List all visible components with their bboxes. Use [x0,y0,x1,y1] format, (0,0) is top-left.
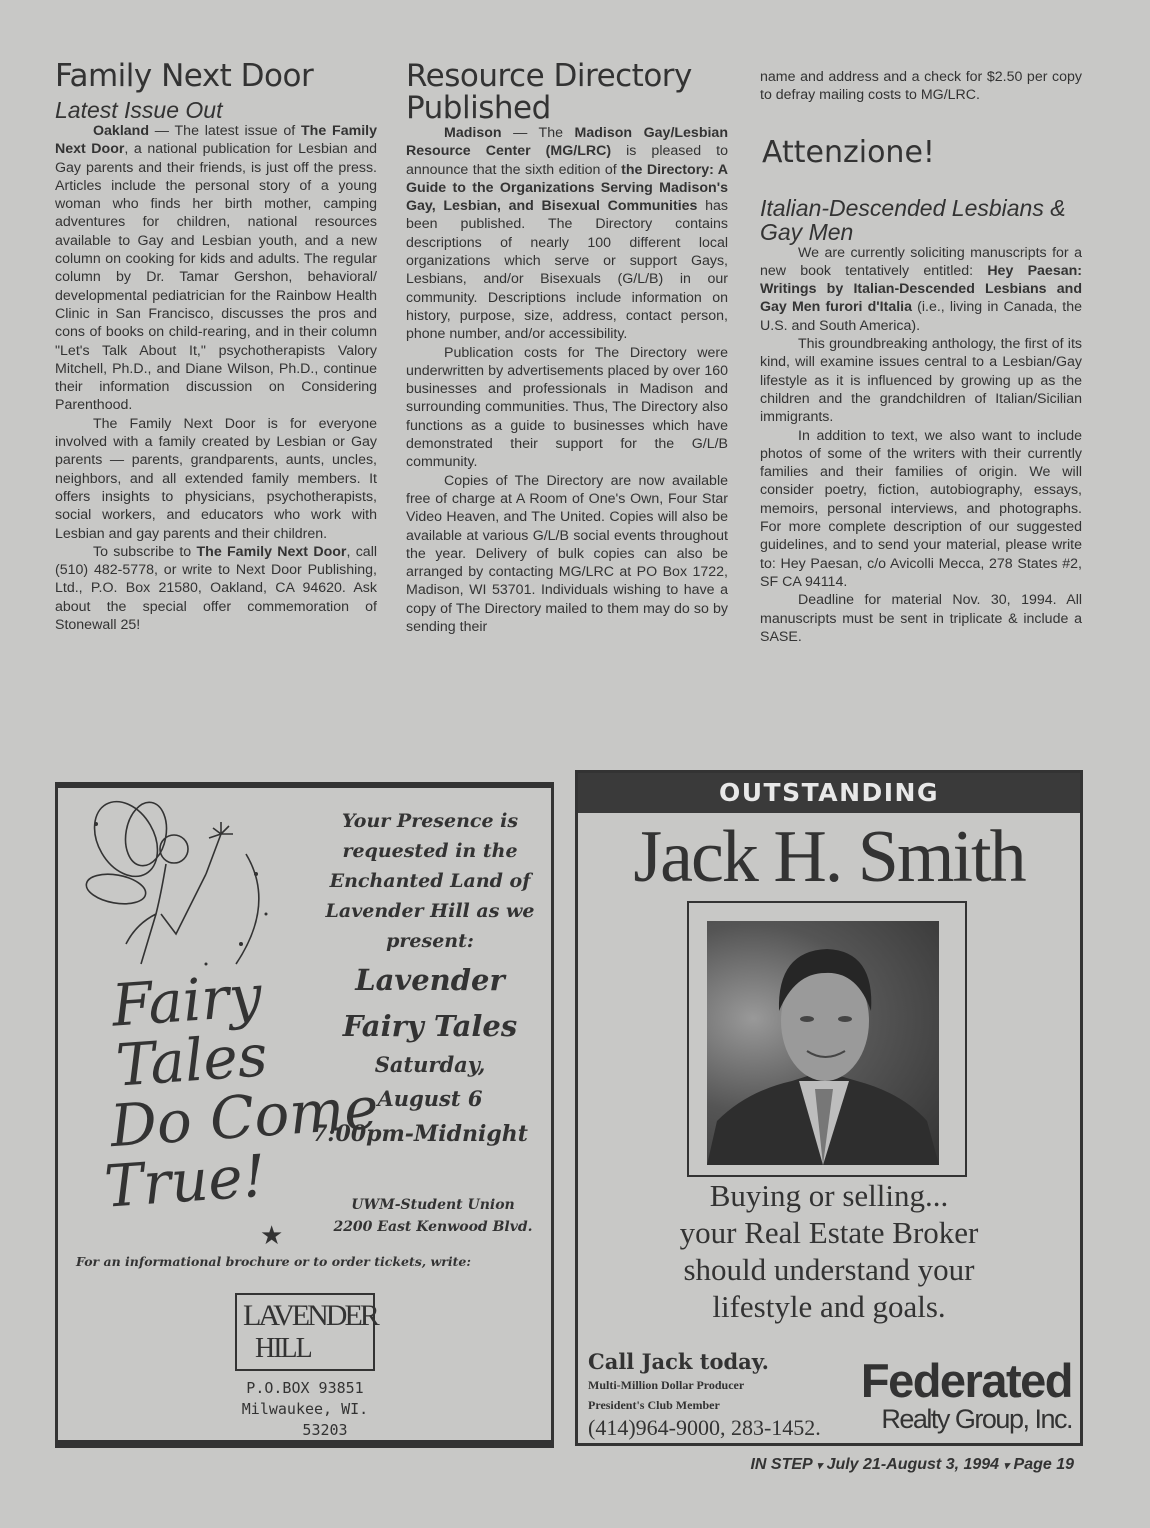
ad-jack-h-smith: OUTSTANDING Jack H. Smith Buying or sell… [575,770,1083,1446]
headline: Resource Directory Published [406,60,706,124]
venue-name: UWM-Student Union [318,1194,548,1216]
invite-line: Lavender Hill as we [310,896,550,926]
article-continuation: name and address and a check for $2.50 p… [760,68,1082,105]
column-3: name and address and a check for $2.50 p… [760,68,1082,646]
headline: Attenzione! [762,135,1082,170]
issue-dates: July 21-August 3, 1994 [827,1456,1000,1473]
logo-line: HILL [255,1333,311,1365]
invite-line: Enchanted Land of [310,866,550,896]
event-title: Lavender [310,958,550,1002]
article-body: We are currently soliciting manuscripts … [760,244,1082,647]
text: To subscribe to [93,544,196,560]
event-time: 7:00pm-Midnight [290,1116,550,1152]
tagline-line: lifestyle and goals. [578,1288,1080,1325]
company-subname: Realty Group, Inc. [861,1405,1072,1433]
event-day: Saturday, [310,1048,550,1082]
paragraph: To subscribe to The Family Next Door, ca… [55,543,377,634]
paragraph: Madison — The Madison Gay/Lesbian Resour… [406,124,728,344]
event-date: August 6 [310,1082,550,1116]
event-title: Fairy Tales [310,1004,550,1048]
outstanding-banner: OUTSTANDING [578,773,1080,813]
paragraph: This groundbreaking anthology, the first… [760,335,1082,426]
address-line: P.O.BOX 93851 [230,1378,380,1399]
call-heading: Call Jack today. [588,1349,821,1375]
subhead: Latest Issue Out [55,98,377,122]
address-line: Milwaukee, WI. [230,1399,380,1420]
article-family-next-door: Family Next Door Latest Issue Out Oaklan… [55,60,377,634]
headline: Family Next Door [55,60,377,92]
tagline-line: Buying or selling... [578,1177,1080,1214]
agent-photo [707,921,939,1165]
subhead: Italian-Descended Lesbians & Gay Men [760,196,1082,244]
credential: President's Club Member [588,1395,821,1415]
address-line: 53203 [230,1420,380,1441]
agent-photo-frame [687,901,967,1177]
credential: Multi-Million Dollar Producer [588,1375,821,1395]
text: has been published. The Directory contai… [406,198,728,342]
text: , a national publication for Lesbian and… [55,141,377,413]
paragraph: name and address and a check for $2.50 p… [760,68,1082,105]
dateline: Madison [444,125,502,141]
tagline-line: should understand your [578,1251,1080,1288]
paragraph: The Family Next Door is for everyone inv… [55,415,377,543]
page-footer: IN STEP ▾ July 21-August 3, 1994 ▾ Page … [750,1456,1074,1474]
paragraph: Oakland — The latest issue of The Family… [55,122,377,415]
star-icon: ★ [260,1220,283,1251]
paragraph: Deadline for material Nov. 30, 1994. All… [760,591,1082,646]
dateline: Oakland [93,123,149,139]
article-body: Madison — The Madison Gay/Lesbian Resour… [406,124,728,636]
publication-name: IN STEP [750,1456,812,1473]
invite-line: requested in the [310,836,550,866]
mailing-address: P.O.BOX 93851 Milwaukee, WI. 53203 [230,1378,380,1441]
ad-lavender-fairy-tales: Fairy Tales Do Come True! ★ Your Presenc… [55,782,554,1448]
text: — The [502,125,575,141]
paragraph: Publication costs for The Directory were… [406,344,728,472]
invitation: Your Presence is requested in the Enchan… [310,806,550,1152]
tagline: Buying or selling... your Real Estate Br… [578,1177,1080,1325]
order-instructions: For an informational brochure or to orde… [76,1254,471,1269]
separator-icon: ▾ [1004,1460,1010,1472]
article-body: Oakland — The latest issue of The Family… [55,122,377,634]
invite-line: Your Presence is [310,806,550,836]
article-resource-directory: Resource Directory Published Madison — T… [406,60,728,636]
contact-block: Call Jack today. Multi-Million Dollar Pr… [588,1349,821,1441]
portrait-icon [707,921,939,1165]
publication-name: The Family Next Door [196,544,346,560]
separator-icon: ▾ [817,1460,823,1472]
venue: UWM-Student Union 2200 East Kenwood Blvd… [318,1194,548,1238]
agent-name: Jack H. Smith [578,815,1080,899]
paragraph: We are currently soliciting manuscripts … [760,244,1082,335]
logo-line: LAVENDER [243,1299,377,1333]
company-name: Federated [861,1357,1072,1405]
federated-logo: Federated Realty Group, Inc. [861,1357,1072,1433]
invite-line: present: [310,926,550,956]
lavender-hill-logo: LAVENDER HILL [235,1293,375,1371]
venue-address: 2200 East Kenwood Blvd. [318,1216,548,1238]
paragraph: Copies of The Directory are now availabl… [406,472,728,637]
tagline-line: your Real Estate Broker [578,1214,1080,1251]
phone-numbers: (414)964-9000, 283-1452. [588,1415,821,1441]
page-number: Page 19 [1014,1456,1074,1473]
text: — The latest issue of [149,123,301,139]
paragraph: In addition to text, we also want to inc… [760,427,1082,592]
